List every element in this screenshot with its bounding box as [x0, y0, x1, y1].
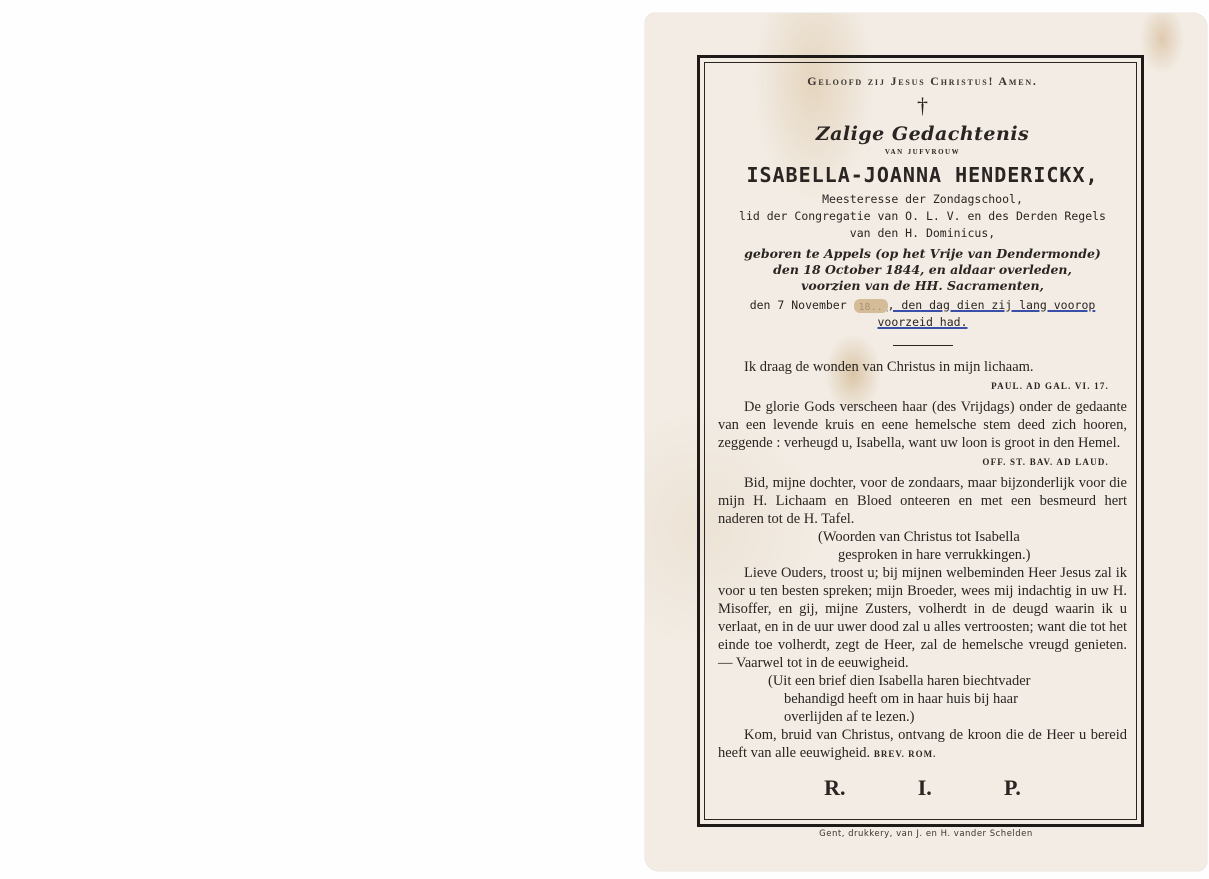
death-note-2: voorzeid had. [877, 315, 967, 329]
rip-letter: R. [824, 775, 845, 801]
deceased-name: ISABELLA-JOANNA HENDERICKX, [718, 163, 1127, 187]
card-content: Geloofd zij Jesus Christus! Amen. † Zali… [718, 72, 1127, 824]
passage-text: De glorie Gods verscheen haar (des Vrijd… [718, 398, 1127, 452]
passages: Ik draag de wonden van Christus in mijn … [718, 358, 1127, 763]
birth-line: geboren te Appels (op het Vrije van Dend… [718, 246, 1127, 262]
memorial-title: Zalige Gedachtenis [718, 123, 1127, 145]
passage-source: (Uit een brief dien Isabella haren biech… [718, 672, 1127, 690]
passage-text: Ik draag de wonden van Christus in mijn … [718, 358, 1127, 376]
role-line: Meesteresse der Zondagschool, [718, 191, 1127, 208]
rip-letter: I. [918, 775, 932, 801]
passage-source: behandigd heeft om in haar huis bij haar [718, 690, 1127, 708]
death-note: , den dag dien zij lang voorop [888, 298, 1096, 312]
printer-imprint: Gent, drukkery, van J. en H. vander Sche… [645, 829, 1207, 839]
passage-text: Kom, bruid van Christus, ontvang de kroo… [718, 726, 1127, 763]
passage-source: overlijden af te lezen.) [718, 708, 1127, 726]
memorial-subtitle: van jufvrouw [718, 146, 1127, 157]
birth-line: voorzien van de HH. Sacramenten, [718, 278, 1127, 294]
rip-line: R. I. P. [718, 775, 1127, 801]
cross-icon: † [718, 95, 1127, 117]
death-block: den 7 November 18.., den dag dien zij la… [718, 297, 1127, 331]
birth-line: den 18 October 1844, en aldaar overleden… [718, 262, 1127, 278]
passage-text: Lieve Ouders, troost u; bij mijnen welbe… [718, 564, 1127, 672]
passage-source: gesproken in hare verrukkingen.) [718, 546, 1127, 564]
section-divider [893, 345, 953, 346]
birth-block: geboren te Appels (op het Vrije van Dend… [718, 246, 1127, 294]
passage-source: (Woorden van Christus tot Isabella [718, 528, 1127, 546]
passage-reference: BREV. ROM. [874, 749, 937, 759]
stain-obscured-year: 18.. [854, 299, 888, 313]
rip-letter: P. [1004, 775, 1021, 801]
header-invocation: Geloofd zij Jesus Christus! Amen. [718, 74, 1127, 89]
passage-text: Bid, mijne dochter, voor de zondaars, ma… [718, 474, 1127, 528]
passage-reference: PAUL. AD GAL. VI. 17. [718, 377, 1109, 395]
card-border-frame: Geloofd zij Jesus Christus! Amen. † Zali… [697, 55, 1144, 827]
roles-block: Meesteresse der Zondagschool, lid der Co… [718, 191, 1127, 242]
passage-reference: OFF. ST. BAV. AD LAUD. [718, 453, 1109, 471]
memorial-card: Geloofd zij Jesus Christus! Amen. † Zali… [645, 13, 1207, 871]
role-line: lid der Congregatie van O. L. V. en des … [718, 208, 1127, 225]
role-line: van den H. Dominicus, [718, 225, 1127, 242]
death-date-prefix: den 7 November [750, 298, 847, 312]
